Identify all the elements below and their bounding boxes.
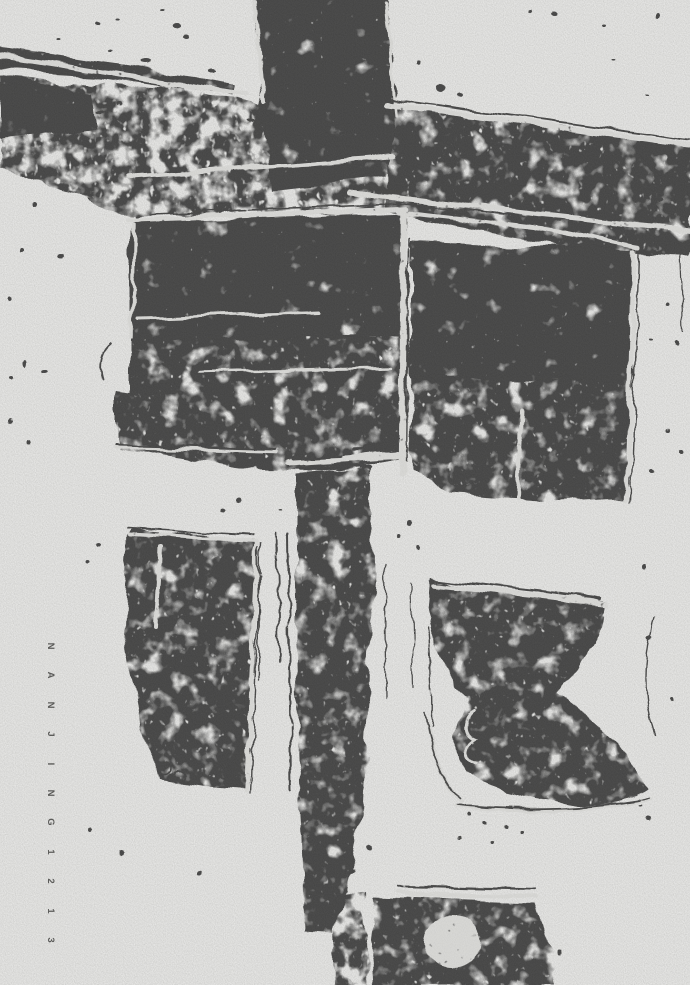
ink-speck bbox=[246, 118, 254, 122]
ink-speck bbox=[643, 94, 647, 96]
ink-speck bbox=[118, 850, 122, 854]
ink-speck bbox=[667, 303, 671, 307]
ink-speck bbox=[650, 468, 654, 472]
ink-speck bbox=[327, 106, 333, 110]
ink-speck bbox=[396, 535, 400, 539]
vertical-title-char: G bbox=[43, 815, 57, 829]
ink-speck bbox=[678, 450, 682, 454]
ink-speck bbox=[28, 119, 32, 123]
ink-speck bbox=[675, 340, 679, 344]
ink-speck bbox=[666, 428, 670, 432]
vertical-title-char: N bbox=[43, 698, 57, 712]
ink-speck bbox=[349, 870, 355, 874]
ink-speck bbox=[69, 93, 81, 99]
ink-speck bbox=[34, 202, 38, 208]
ink-speck bbox=[96, 110, 104, 114]
ink-speck bbox=[343, 888, 347, 892]
ornament-white-center bbox=[422, 916, 482, 968]
ink-speck bbox=[638, 805, 642, 807]
ink-speck bbox=[6, 417, 10, 423]
ink-speck bbox=[638, 209, 644, 213]
ink-speck bbox=[58, 40, 62, 42]
ink-speck bbox=[220, 510, 224, 514]
ink-speck bbox=[484, 820, 488, 824]
ink-speck bbox=[537, 960, 543, 964]
ink-speck bbox=[116, 15, 120, 17]
ink-speck bbox=[528, 10, 532, 14]
ink-speck bbox=[558, 950, 562, 954]
vertical-title: NANJING1213 bbox=[43, 639, 57, 959]
junction-dash-1 bbox=[292, 456, 340, 458]
ink-speck bbox=[519, 830, 523, 834]
ink-speck bbox=[298, 498, 302, 502]
ink-speck bbox=[612, 59, 616, 61]
ink-speck bbox=[20, 248, 24, 252]
ink-speck bbox=[645, 818, 651, 822]
ink-speck bbox=[108, 51, 112, 53]
vertical-title-char: A bbox=[43, 668, 57, 682]
vertical-title-char: J bbox=[43, 727, 57, 741]
ink-speck bbox=[160, 9, 164, 11]
ink-speck bbox=[117, 102, 123, 106]
junction-dash-2 bbox=[300, 466, 372, 468]
ink-speck bbox=[669, 698, 673, 702]
ink-speck bbox=[57, 254, 63, 258]
ink-speck bbox=[656, 14, 660, 18]
poster-artwork bbox=[0, 0, 690, 985]
vertical-title-char: 1 bbox=[43, 904, 57, 918]
ink-speck bbox=[233, 497, 239, 503]
vertical-title-char: N bbox=[43, 639, 57, 653]
ink-speck bbox=[468, 814, 472, 818]
vertical-title-char: 1 bbox=[43, 845, 57, 859]
ink-speck bbox=[96, 543, 100, 547]
ink-speck bbox=[504, 825, 508, 829]
highlight-center-channel bbox=[402, 213, 404, 473]
ink-speck bbox=[435, 84, 445, 92]
ink-speck bbox=[42, 369, 48, 373]
ink-speck bbox=[174, 25, 182, 29]
ink-speck bbox=[54, 86, 60, 90]
ink-speck bbox=[497, 169, 503, 173]
ink-speck bbox=[602, 25, 606, 27]
ink-speck bbox=[280, 509, 284, 511]
left-window-block-upper bbox=[131, 211, 408, 340]
ink-speck bbox=[23, 358, 27, 366]
ink-speck bbox=[679, 187, 683, 191]
ink-speck bbox=[490, 844, 494, 846]
vertical-title-char: 3 bbox=[43, 933, 57, 947]
ink-speck bbox=[10, 375, 14, 379]
ink-speck bbox=[297, 126, 303, 130]
vertical-title-char: I bbox=[43, 757, 57, 771]
ink-speck bbox=[656, 197, 664, 203]
ink-speck bbox=[407, 521, 413, 527]
ink-speck bbox=[95, 20, 101, 24]
ink-speck bbox=[365, 847, 371, 853]
vertical-title-char: 2 bbox=[43, 874, 57, 888]
ink-speck bbox=[88, 828, 92, 832]
ink-speck bbox=[458, 93, 464, 97]
ink-speck bbox=[8, 298, 12, 302]
ink-speck bbox=[16, 109, 20, 111]
ink-speck bbox=[472, 161, 480, 165]
highlight-left-block-left-edge bbox=[132, 223, 134, 336]
ink-speck bbox=[86, 560, 90, 564]
ink-speck bbox=[26, 441, 30, 445]
junction-dash-3 bbox=[352, 449, 394, 450]
ink-speck bbox=[185, 34, 191, 38]
right-window-block-upper bbox=[411, 242, 633, 382]
ink-speck bbox=[139, 58, 151, 62]
ink-speck bbox=[198, 870, 202, 874]
ink-speck bbox=[553, 14, 559, 18]
ink-speck bbox=[418, 546, 422, 550]
ink-speck bbox=[418, 58, 422, 62]
ink-speck bbox=[207, 70, 217, 74]
ink-speck bbox=[457, 836, 461, 840]
ink-speck bbox=[650, 339, 654, 341]
vertical-title-char: N bbox=[43, 786, 57, 800]
ink-speck bbox=[642, 566, 646, 570]
poster-page: { "artwork": { "kind": "monochrome high-… bbox=[0, 0, 690, 985]
